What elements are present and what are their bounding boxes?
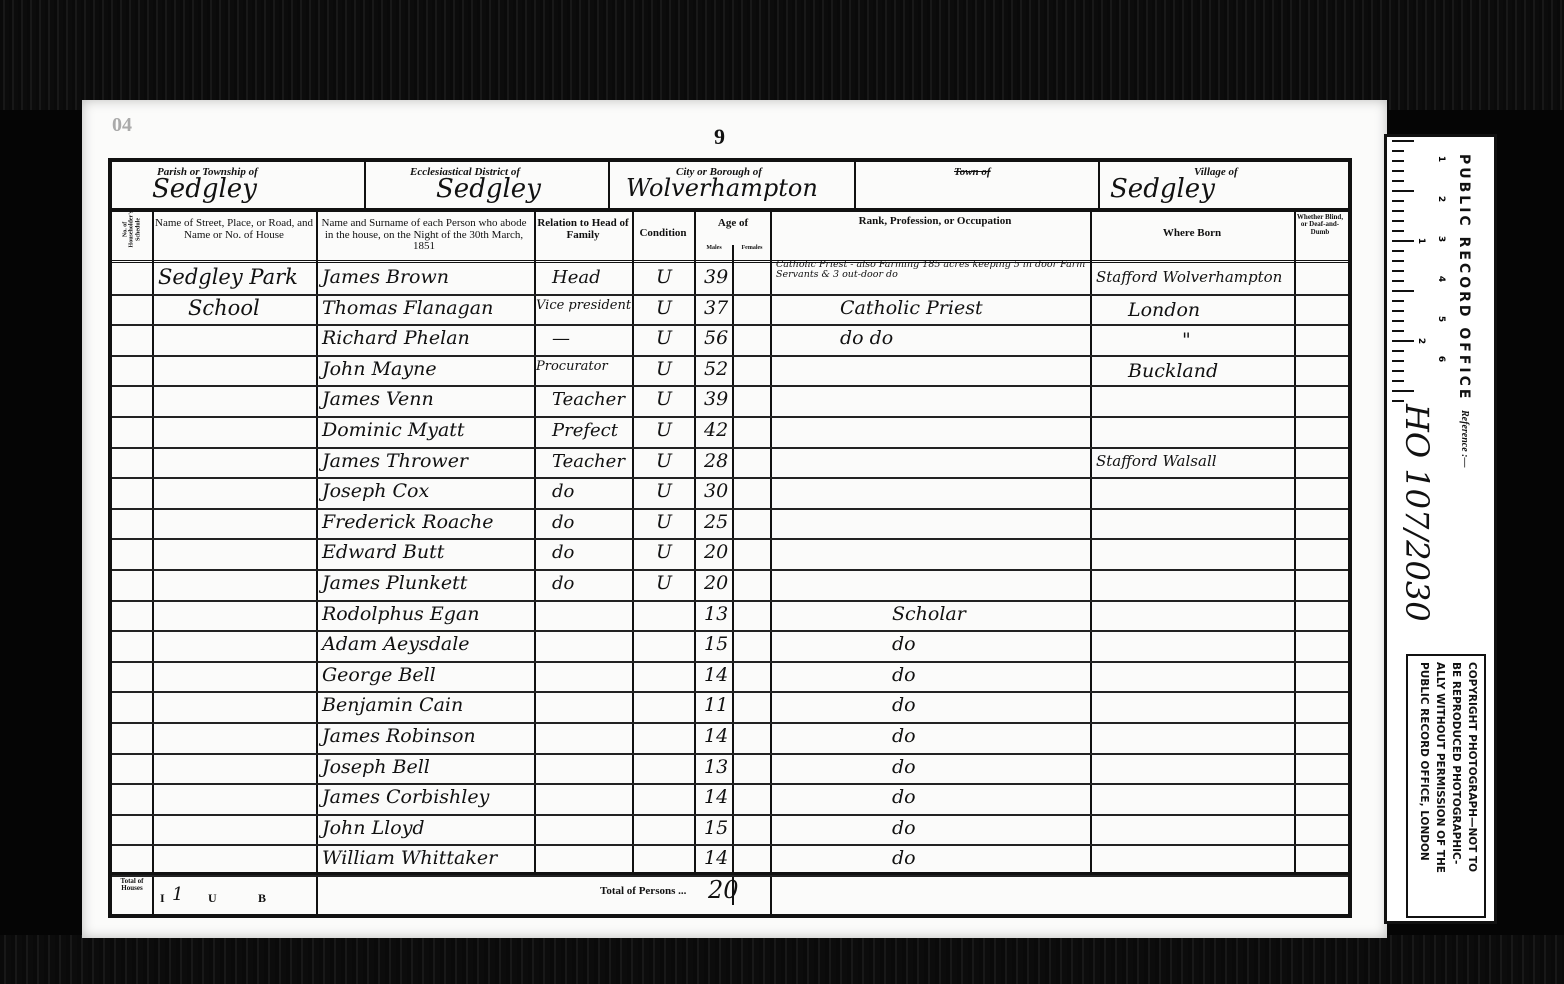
age-male: 14	[704, 786, 728, 808]
scale-ruler: 12345612	[1392, 140, 1430, 402]
ruler-tick	[1392, 330, 1404, 332]
occupation: do	[892, 725, 916, 747]
table-row	[112, 844, 1348, 875]
relation-to-head: Teacher	[552, 451, 625, 472]
folio-mark: 04	[112, 114, 132, 137]
person-name: Benjamin Cain	[322, 694, 463, 716]
relation-to-head: do	[552, 512, 574, 533]
col-street: Name of Street, Place, or Road, and Name…	[154, 218, 314, 241]
table-row	[112, 814, 1348, 845]
ruler-tick	[1392, 210, 1404, 212]
total-houses-label: Total of Houses	[114, 878, 150, 893]
copyright-line-4: PUBLIC RECORD OFFICE, LONDON	[1418, 662, 1430, 861]
col-name: Name and Surname of each Person who abod…	[316, 218, 532, 253]
age-male: 11	[704, 694, 728, 716]
census-page: 04 9 Parish or Township of Sedgley Eccle…	[82, 100, 1387, 938]
occupation: Catholic Priest - also Farming 185 acres…	[776, 260, 1086, 281]
person-name: Joseph Bell	[322, 756, 430, 778]
occupation: Catholic Priest	[840, 297, 983, 319]
reference-value: HO 107/2030	[1398, 404, 1436, 622]
condition: U	[656, 419, 672, 441]
total-persons-value: 20	[708, 876, 739, 904]
location-header: Parish or Township of Sedgley Ecclesiast…	[112, 162, 1348, 212]
ruler-tick	[1392, 350, 1404, 352]
occupation: do	[892, 786, 916, 808]
table-row	[112, 477, 1348, 508]
age-male: 14	[704, 664, 728, 686]
person-name: Dominic Myatt	[322, 419, 465, 441]
ruler-tick	[1392, 180, 1404, 182]
table-row	[112, 416, 1348, 447]
ruler-tick	[1392, 380, 1404, 382]
table-row	[112, 661, 1348, 692]
table-row	[112, 600, 1348, 631]
where-born: "	[1182, 329, 1191, 351]
relation-to-head: Prefect	[552, 420, 618, 441]
ruler-tick	[1392, 240, 1414, 242]
person-name: Richard Phelan	[322, 327, 470, 349]
col-relation: Relation to Head of Family	[536, 218, 630, 241]
table-row	[112, 630, 1348, 661]
age-male: 25	[704, 511, 728, 533]
relation-to-head: Procurator	[536, 359, 608, 374]
parish-value: Sedgley	[152, 174, 257, 204]
table-row	[112, 538, 1348, 569]
condition: U	[656, 266, 672, 288]
relation-to-head: Vice president	[536, 298, 631, 313]
age-male: 37	[704, 297, 728, 319]
table-row	[112, 753, 1348, 784]
footer-rule	[112, 872, 1348, 875]
condition: U	[656, 358, 672, 380]
where-born: Stafford Walsall	[1096, 452, 1217, 470]
person-name: George Bell	[322, 664, 436, 686]
age-male: 14	[704, 725, 728, 747]
town-cell: Town of	[856, 162, 1100, 208]
ruler-tick	[1392, 340, 1414, 342]
village-cell: Village of Sedgley	[1100, 162, 1348, 208]
ruler-tick	[1392, 190, 1414, 192]
occupation: do	[892, 633, 916, 655]
person-name: Joseph Cox	[322, 480, 429, 502]
ruler-tick	[1392, 250, 1404, 252]
ruler-tick	[1392, 160, 1404, 162]
condition: U	[656, 327, 672, 349]
age-male: 39	[704, 388, 728, 410]
person-name: James Thrower	[322, 450, 468, 472]
col-age-of: Age of	[696, 218, 770, 230]
scale-cm-label: 4	[1436, 276, 1446, 282]
copyright-line-1: COPYRIGHT PHOTOGRAPH—NOT TO	[1466, 662, 1478, 872]
ruler-tick	[1392, 360, 1404, 362]
town-label: Town of	[954, 166, 991, 178]
relation-to-head: do	[552, 542, 574, 563]
scale-cm-label: 6	[1436, 356, 1446, 362]
scale-cm-label: 3	[1436, 236, 1446, 242]
table-row	[112, 508, 1348, 539]
ruler-tick	[1392, 140, 1414, 142]
col-blind-deaf: Whether Blind, or Deaf-and-Dumb	[1296, 214, 1344, 236]
occupation: do	[892, 817, 916, 839]
table-row	[112, 569, 1348, 600]
copyright-line-3: ALLY WITHOUT PERMISSION OF THE	[1434, 662, 1446, 873]
ecclesiastical-value: Sedgley	[436, 174, 541, 204]
ruler-tick	[1392, 170, 1404, 172]
person-name: James Brown	[322, 266, 449, 288]
age-male: 14	[704, 847, 728, 869]
condition: U	[656, 297, 672, 319]
col-condition: Condition	[634, 228, 692, 240]
person-name: James Venn	[322, 388, 434, 410]
table-row	[112, 691, 1348, 722]
age-male: 52	[704, 358, 728, 380]
reference-label: Reference :—	[1459, 410, 1470, 467]
scale-cm-label: 1	[1436, 156, 1446, 162]
ruler-tick	[1392, 200, 1404, 202]
condition: U	[656, 480, 672, 502]
age-male: 20	[704, 541, 728, 563]
copyright-line-2: BE REPRODUCED PHOTOGRAPHIC-	[1450, 662, 1462, 864]
person-name: James Plunkett	[322, 572, 467, 594]
ecclesiastical-cell: Ecclesiastical District of Sedgley	[366, 162, 610, 208]
scale-in-label: 2	[1416, 338, 1426, 344]
age-male: 42	[704, 419, 728, 441]
where-born: Buckland	[1128, 360, 1218, 382]
inhabited-label: I	[160, 892, 165, 905]
ruler-tick	[1392, 370, 1404, 372]
ruler-tick	[1392, 150, 1404, 152]
ruler-tick	[1392, 310, 1404, 312]
ruler-tick	[1392, 290, 1414, 292]
village-value: Sedgley	[1110, 174, 1215, 204]
table-row	[112, 324, 1348, 355]
census-form: Parish or Township of Sedgley Ecclesiast…	[108, 158, 1352, 918]
relation-to-head: do	[552, 573, 574, 594]
relation-to-head: —	[552, 328, 570, 349]
occupation: do	[892, 847, 916, 869]
ruler-tick	[1392, 280, 1404, 282]
person-name: Rodolphus Egan	[322, 603, 479, 625]
page-number: 9	[714, 124, 725, 150]
occupation: Scholar	[892, 603, 966, 625]
borough-value: Wolverhampton	[626, 174, 818, 202]
relation-to-head: Head	[552, 267, 601, 288]
col-occupation: Rank, Profession, or Occupation	[780, 216, 1090, 228]
scan-background-top	[0, 0, 1564, 110]
age-male: 28	[704, 450, 728, 472]
borough-cell: City or Borough of Wolverhampton	[610, 162, 856, 208]
ruler-tick	[1392, 220, 1404, 222]
building-label: B	[258, 892, 266, 905]
person-name: John Lloyd	[322, 817, 425, 839]
age-male: 30	[704, 480, 728, 502]
condition: U	[656, 450, 672, 472]
age-male: 15	[704, 633, 728, 655]
occupation: do do	[840, 327, 893, 349]
occupation: do	[892, 664, 916, 686]
col-females: Females	[734, 245, 770, 251]
ruler-tick	[1392, 400, 1404, 402]
condition: U	[656, 388, 672, 410]
person-name: Thomas Flanagan	[322, 297, 493, 319]
person-name: William Whittaker	[322, 847, 497, 869]
col-males: Males	[696, 245, 732, 251]
person-name: Edward Butt	[322, 541, 444, 563]
age-male: 20	[704, 572, 728, 594]
scale-cm-label: 5	[1436, 316, 1446, 322]
condition: U	[656, 572, 672, 594]
inhabited-value: 1	[172, 884, 183, 905]
col-schedule-no: No. of Householder's Schedule	[123, 211, 142, 247]
condition: U	[656, 541, 672, 563]
ruler-tick	[1392, 270, 1404, 272]
copyright-notice: COPYRIGHT PHOTOGRAPH—NOT TO BE REPRODUCE…	[1406, 654, 1486, 918]
scale-cm-label: 2	[1436, 196, 1446, 202]
table-row	[112, 722, 1348, 753]
ruler-tick	[1392, 390, 1414, 392]
uninhabited-label: U	[208, 892, 217, 905]
column-headings: No. of Householder's Schedule Name of St…	[112, 212, 1348, 263]
table-row	[112, 385, 1348, 416]
total-persons-label: Total of Persons ...	[600, 886, 686, 898]
table-row	[112, 783, 1348, 814]
where-born: Stafford Wolverhampton	[1096, 268, 1282, 286]
col-where-born: Where Born	[1092, 228, 1292, 240]
person-name: James Robinson	[322, 725, 476, 747]
occupation: do	[892, 694, 916, 716]
age-male: 13	[704, 756, 728, 778]
age-male: 56	[704, 327, 728, 349]
person-name: Frederick Roache	[322, 511, 493, 533]
scan-background-bottom	[0, 935, 1564, 984]
relation-to-head: do	[552, 481, 574, 502]
person-name: Adam Aeysdale	[322, 633, 470, 655]
age-male: 39	[704, 266, 728, 288]
condition: U	[656, 511, 672, 533]
parish-cell: Parish or Township of Sedgley	[112, 162, 366, 208]
ruler-tick	[1392, 260, 1404, 262]
public-record-office-label: PUBLIC RECORD OFFICE	[1456, 154, 1472, 401]
relation-to-head: Teacher	[552, 389, 625, 410]
occupation: do	[892, 756, 916, 778]
person-name: James Corbishley	[322, 786, 489, 808]
ruler-tick	[1392, 300, 1404, 302]
where-born: London	[1128, 299, 1200, 321]
ruler-tick	[1392, 320, 1404, 322]
age-male: 15	[704, 817, 728, 839]
age-male: 13	[704, 603, 728, 625]
ruler-tick	[1392, 230, 1404, 232]
person-name: John Mayne	[322, 358, 437, 380]
scale-in-label: 1	[1416, 238, 1426, 244]
